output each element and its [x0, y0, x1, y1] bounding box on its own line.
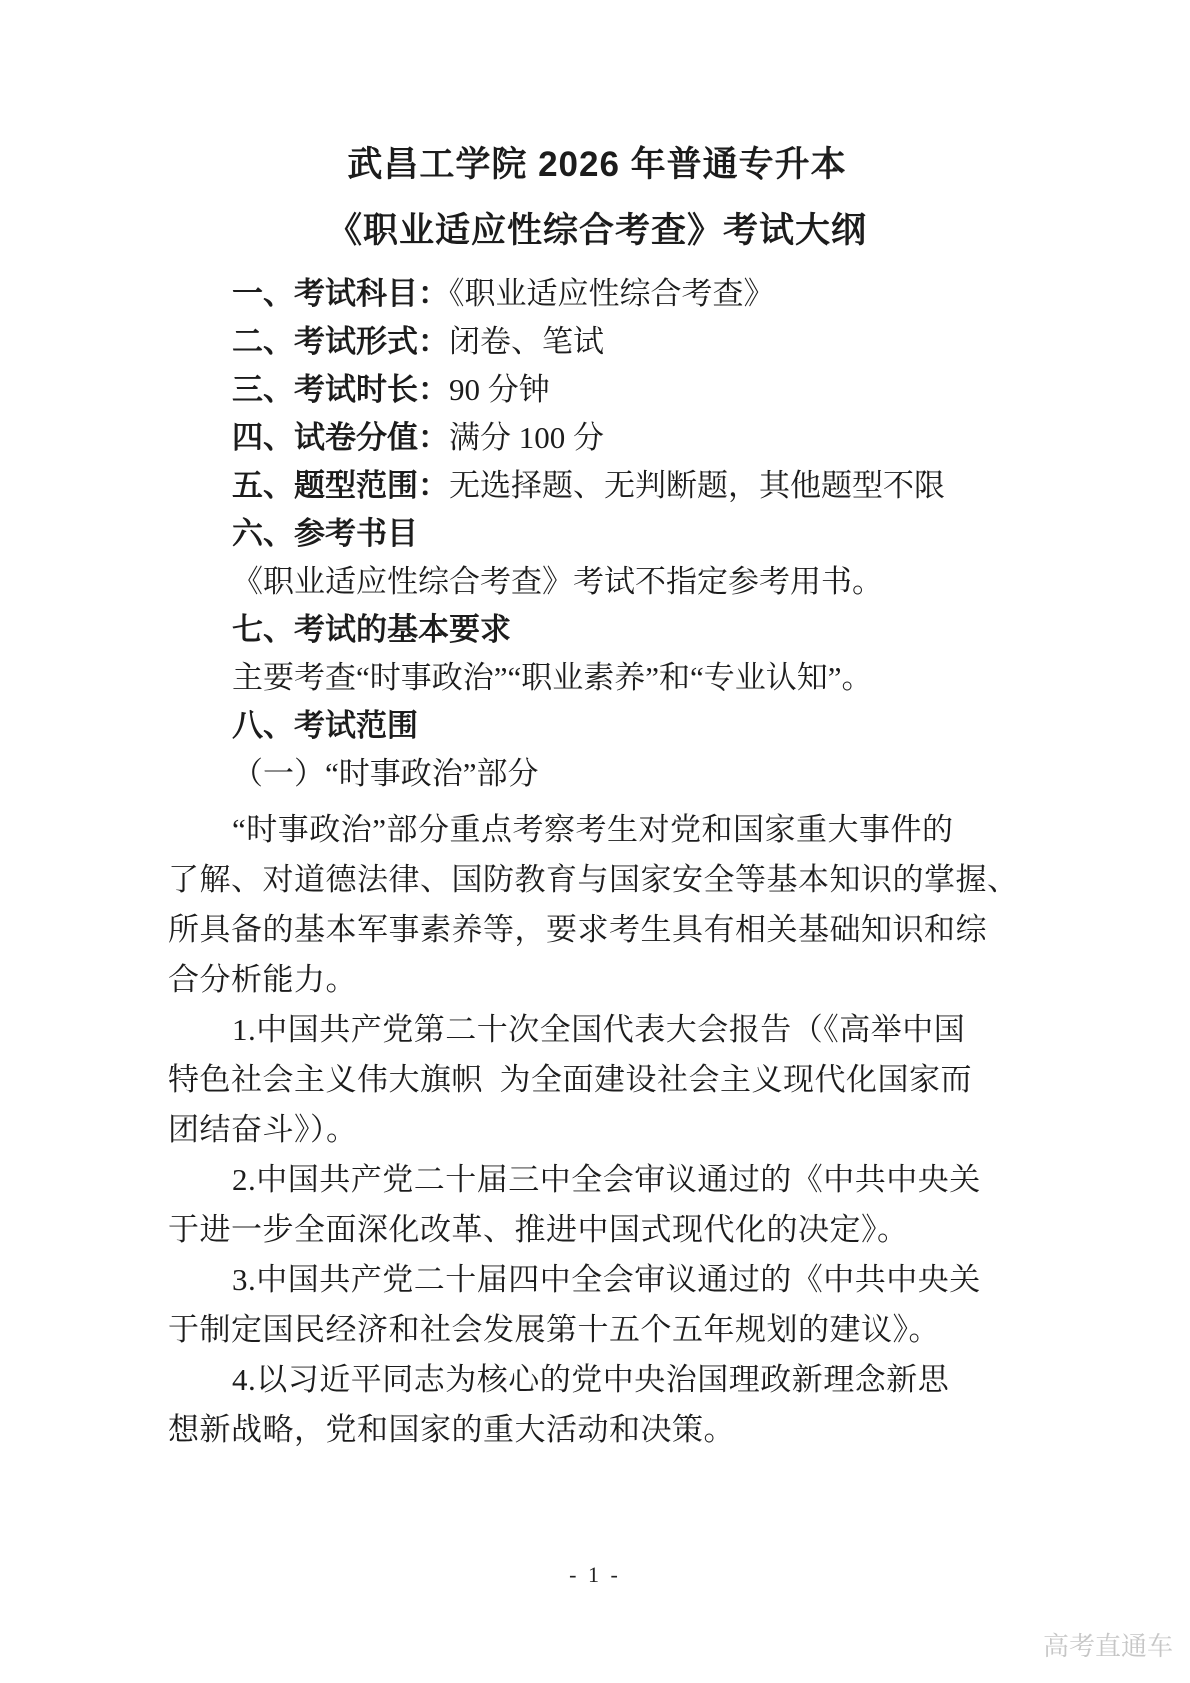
item-value: 90 分钟 — [449, 372, 550, 407]
para-line: 于制定国民经济和社会发展第十五个五年规划的建议》。 — [168, 1305, 1026, 1355]
item-exam-subject: 一、考试科目：《职业适应性综合考查》 — [168, 270, 1026, 318]
item-label: 二、考试形式： — [232, 324, 449, 359]
watermark-text: 高考直通车 — [1043, 1630, 1173, 1662]
heading-reference-books: 六、参考书目 — [168, 510, 1026, 558]
para-line: 于进一步全面深化改革、推进中国式现代化的决定》。 — [168, 1205, 1026, 1255]
text-reference-books: 《职业适应性综合考查》考试不指定参考用书。 — [168, 558, 1026, 606]
para-line: 了解、对道德法律、国防教育与国家安全等基本知识的掌握、 — [168, 855, 1026, 905]
document-title-line1: 武昌工学院 2026 年普通专升本 — [168, 132, 1026, 198]
para-line: 特色社会主义伟大旗帜 为全面建设社会主义现代化国家而 — [168, 1055, 1026, 1105]
page-number: - 1 - — [0, 1560, 1190, 1590]
document-body: 一、考试科目：《职业适应性综合考查》二、考试形式：闭卷、笔试三、考试时长：90 … — [168, 270, 1026, 1455]
item-question-types: 五、题型范围：无选择题、无判断题，其他题型不限 — [168, 462, 1026, 510]
item-exam-score: 四、试卷分值：满分 100 分 — [168, 414, 1026, 462]
para-line: 1.中国共产党第二十次全国代表大会报告（《高举中国 — [168, 1005, 1026, 1055]
item-value: 《职业适应性综合考查》 — [449, 276, 775, 311]
item-value: 满分 100 分 — [449, 420, 604, 455]
para-line: 2.中国共产党二十届三中全会审议通过的《中共中央关 — [168, 1155, 1026, 1205]
document-title: 武昌工学院 2026 年普通专升本 《职业适应性综合考查》考试大纲 — [168, 0, 1026, 264]
document-page: 武昌工学院 2026 年普通专升本 《职业适应性综合考查》考试大纲 一、考试科目… — [0, 0, 1190, 1683]
para-line: 4.以习近平同志为核心的党中央治国理政新理念新思 — [168, 1355, 1026, 1405]
item-value: 闭卷、笔试 — [449, 324, 604, 359]
text-basic-requirements: 主要考查“时事政治”“职业素养”和“专业认知”。 — [168, 654, 1026, 702]
item-label: 三、考试时长： — [232, 372, 449, 407]
item-label: 四、试卷分值： — [232, 420, 449, 455]
para-line: 3.中国共产党二十届四中全会审议通过的《中共中央关 — [168, 1255, 1026, 1305]
item-exam-duration: 三、考试时长：90 分钟 — [168, 366, 1026, 414]
document-title-line2: 《职业适应性综合考查》考试大纲 — [168, 198, 1026, 264]
item-label: 五、题型范围： — [232, 468, 449, 503]
heading-exam-scope: 八、考试范围 — [168, 702, 1026, 750]
heading-basic-requirements: 七、考试的基本要求 — [168, 606, 1026, 654]
subheading-current-politics: （一）“时事政治”部分 — [168, 750, 1026, 798]
item-exam-format: 二、考试形式：闭卷、笔试 — [168, 318, 1026, 366]
item-label: 一、考试科目： — [232, 276, 449, 311]
item-value: 无选择题、无判断题，其他题型不限 — [449, 468, 945, 503]
para-line: 想新战略，党和国家的重大活动和决策。 — [168, 1405, 1026, 1455]
para-line: 团结奋斗》）。 — [168, 1105, 1026, 1155]
document-content: 武昌工学院 2026 年普通专升本 《职业适应性综合考查》考试大纲 一、考试科目… — [168, 0, 1026, 1455]
para-line: “时事政治”部分重点考察考生对党和国家重大事件的 — [168, 805, 1026, 855]
para-line: 所具备的基本军事素养等，要求考生具有相关基础知识和综 — [168, 905, 1026, 955]
para-line: 合分析能力。 — [168, 955, 1026, 1005]
